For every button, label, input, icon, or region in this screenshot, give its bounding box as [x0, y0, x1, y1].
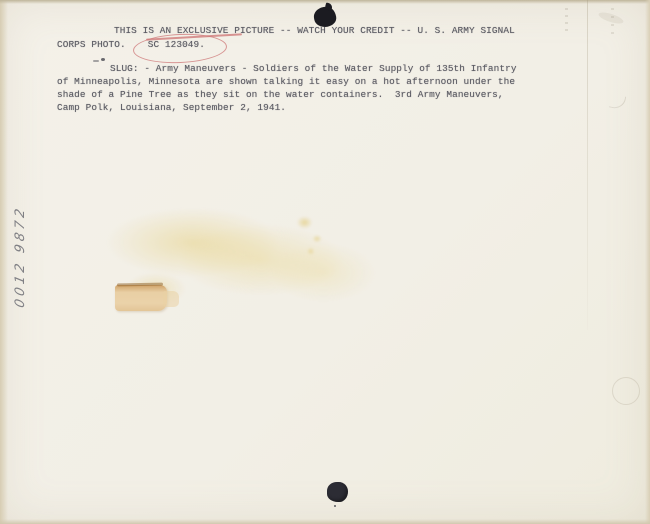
pencil-tick-mark: [93, 60, 99, 62]
faint-ring-mark: [612, 377, 640, 405]
faint-dash-marks-right: [611, 8, 614, 38]
photo-verso-page: THIS IS AN EXCLUSIVE PICTURE -- WATCH YO…: [0, 0, 650, 524]
paper-edge-bottom: [0, 519, 650, 524]
caption-line-1: SLUG: - Army Maneuvers - Soldiers of the…: [110, 62, 517, 75]
paper-edge-left: [0, 0, 8, 524]
tape-residue-patch: [115, 285, 167, 311]
faint-dash-marks-left: [565, 8, 568, 34]
pencil-dot-mark: [101, 58, 105, 61]
caption-line-4: Camp Polk, Louisiana, September 2, 1941.: [57, 101, 286, 114]
ink-speck: [334, 505, 336, 507]
paper-crease-line: [587, 0, 588, 330]
credit-stamp-prefix: CORPS PHOTO.: [57, 39, 126, 50]
pencil-squiggle-mark: [609, 94, 627, 111]
paper-edge-right: [645, 0, 650, 524]
caption-line-3: shade of a Pine Tree as they sit on the …: [57, 88, 504, 101]
caption-line-2: of Minneapolis, Minnesota are shown talk…: [57, 75, 515, 88]
handwritten-archive-number: 0012 9872: [13, 188, 28, 309]
ink-blot-bottom: [327, 482, 348, 502]
